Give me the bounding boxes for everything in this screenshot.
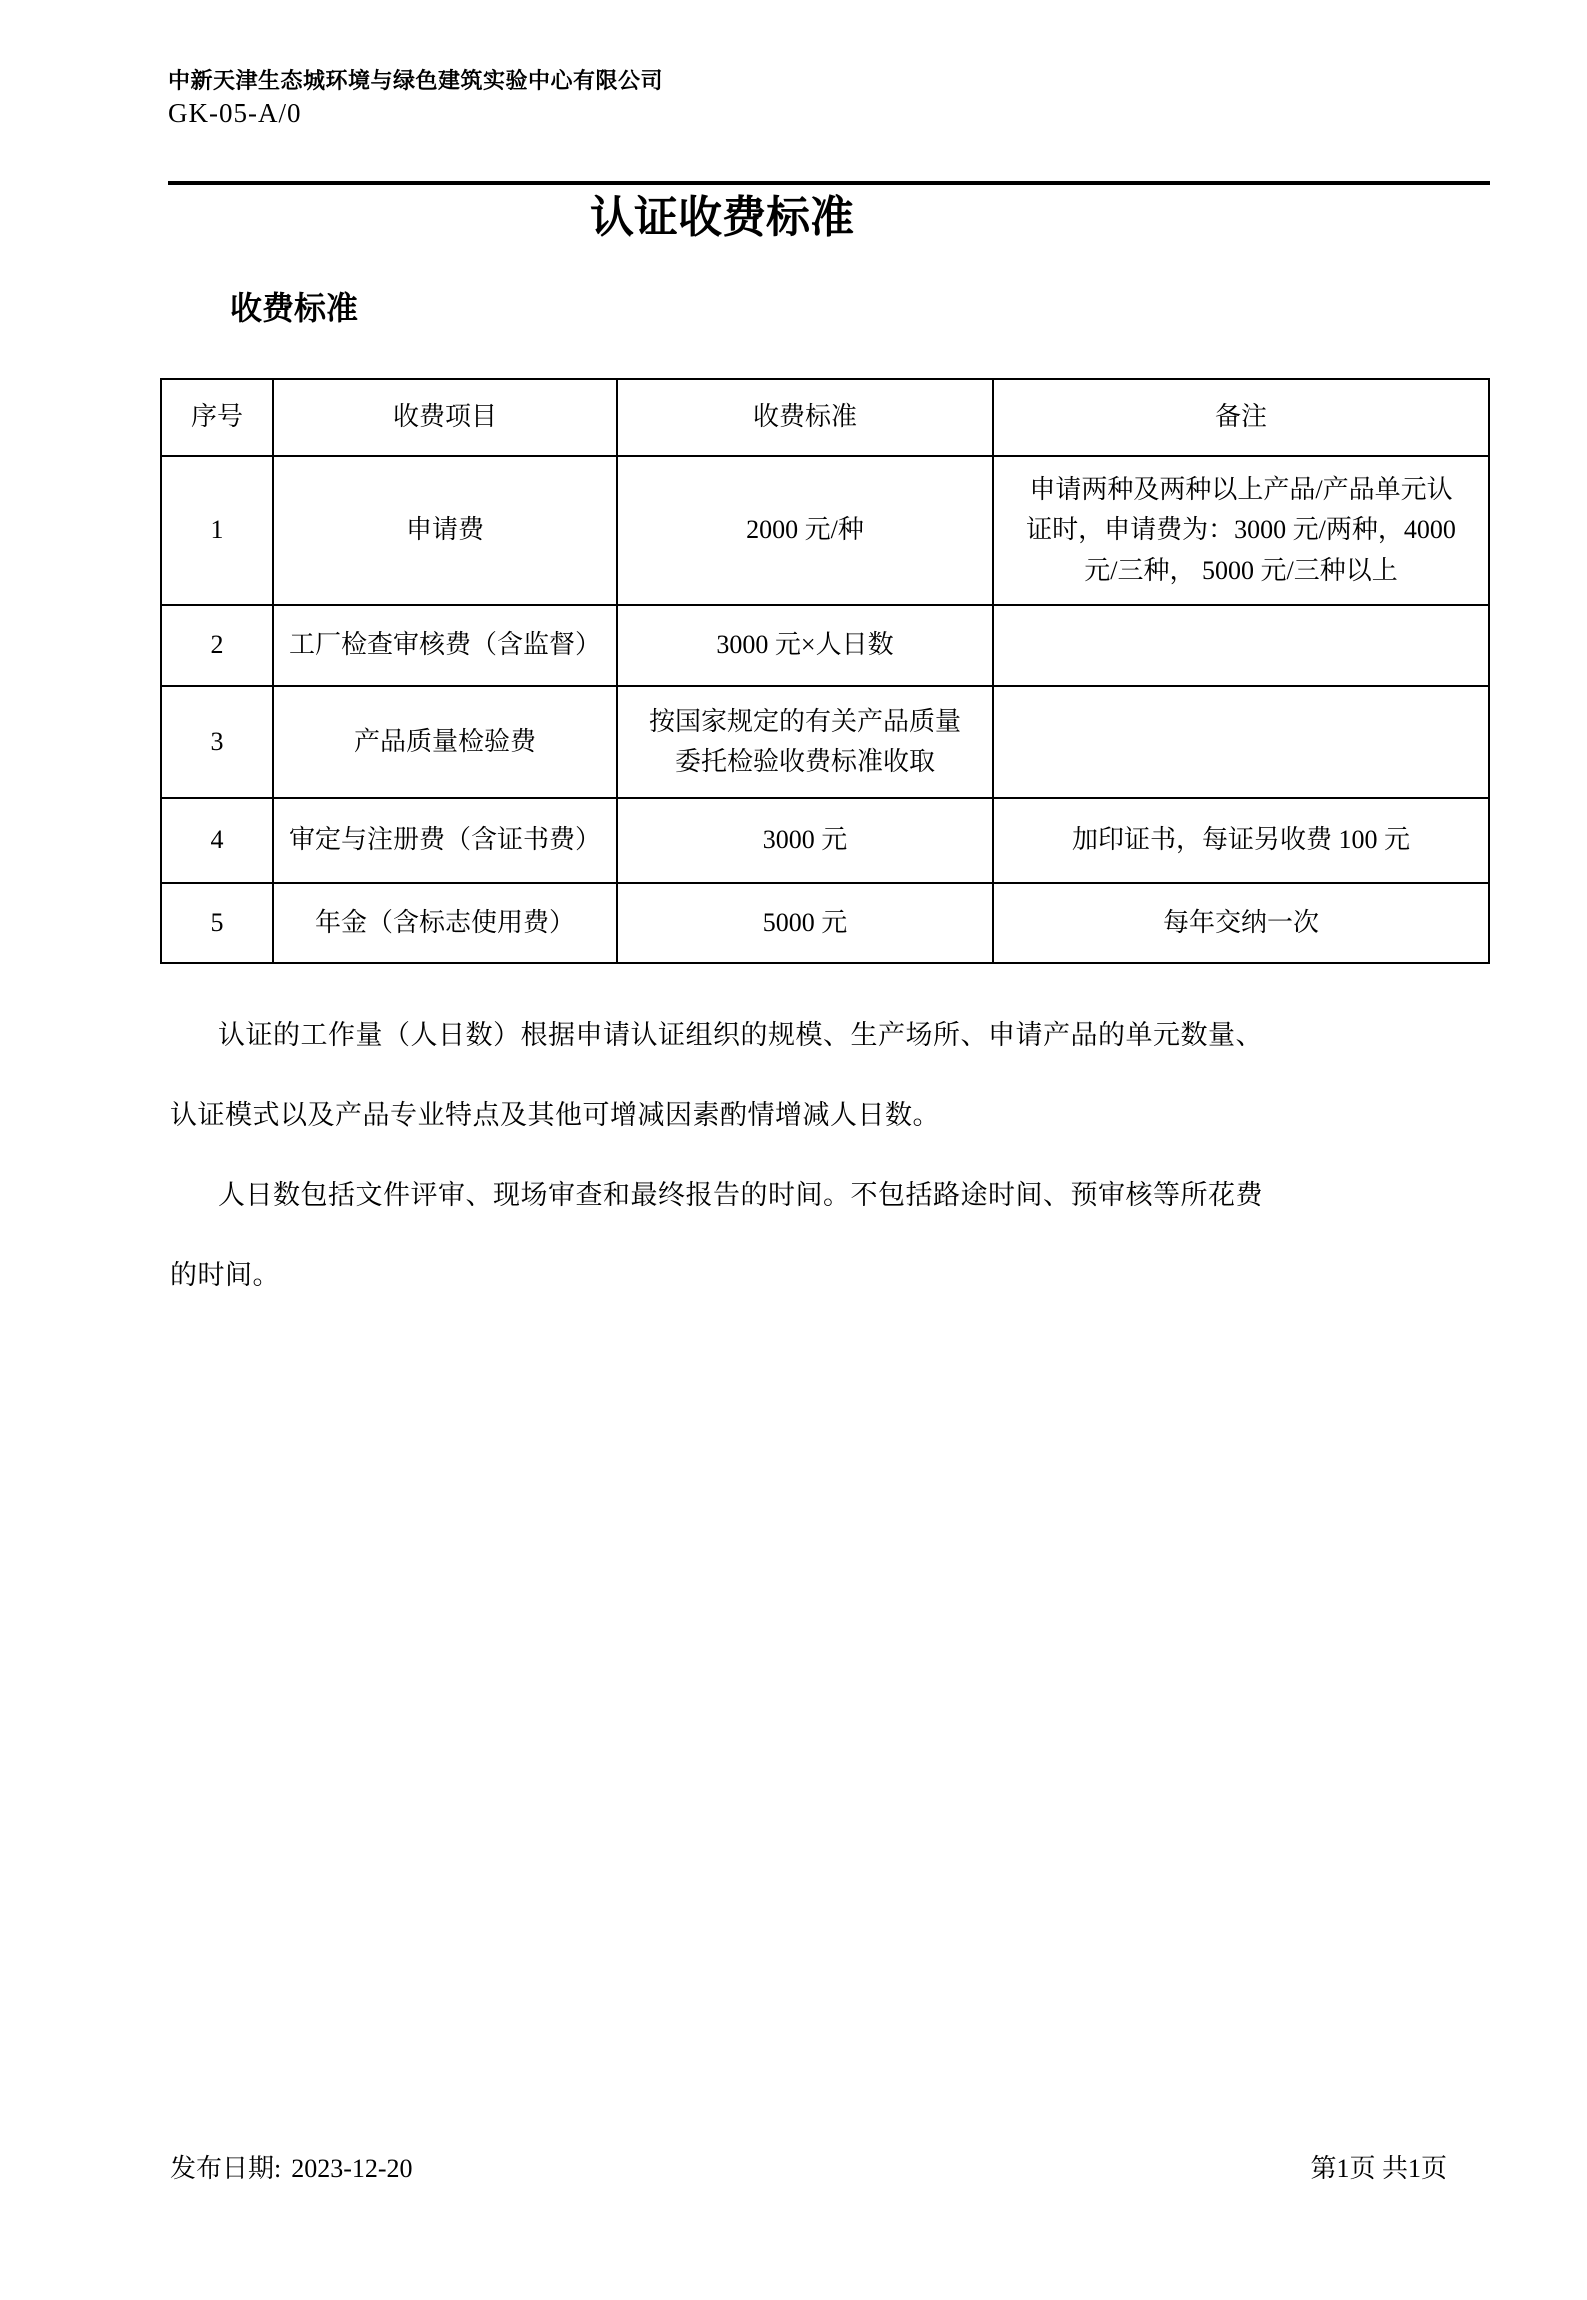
table-header-cell-item: 收费项目: [273, 379, 617, 456]
publish-date: 发布日期:2023-12-20: [170, 2152, 413, 2186]
remark-cell: 申请两种及两种以上产品/产品单元认 证时，申请费为：3000 元/两种，4000…: [993, 456, 1489, 605]
table-row: 1 申请费 2000 元/种 申请两种及两种以上产品/产品单元认 证时，申请费为…: [161, 456, 1489, 605]
serial-cell: 5: [161, 883, 273, 963]
fee-standard-table: 序号 收费项目 收费标准 备注 1 申请费 2000 元/种 申请两种及两种以上…: [160, 378, 1490, 964]
document-title: 认证收费标准: [0, 190, 1444, 246]
remark-cell: [993, 686, 1489, 798]
remark-cell: 加印证书，每证另收费 100 元: [993, 798, 1489, 883]
table-header-cell-no: 序号: [161, 379, 273, 456]
header-divider-rule: [168, 181, 1490, 185]
publish-date-label: 发布日期:: [170, 2154, 281, 2183]
page-footer: 发布日期:2023-12-20 第1页 共1页: [170, 2152, 1490, 2186]
table-row: 5 年金（含标志使用费） 5000 元 每年交纳一次: [161, 883, 1489, 963]
standard-cell: 2000 元/种: [617, 456, 993, 605]
table-row: 2 工厂检查审核费（含监督） 3000 元×人日数: [161, 605, 1489, 686]
document-page: 中新天津生态城环境与绿色建筑实验中心有限公司 GK-05-A/0 认证收费标准 …: [0, 0, 1587, 2300]
standard-cell: 3000 元: [617, 798, 993, 883]
item-cell: 申请费: [273, 456, 617, 605]
paragraph-line: 认证的工作量（人日数）根据申请认证组织的规模、生产场所、申请产品的单元数量、: [170, 995, 1500, 1075]
item-cell: 产品质量检验费: [273, 686, 617, 798]
company-name: 中新天津生态城环境与绿色建筑实验中心有限公司: [168, 66, 663, 96]
doc-code: GK-05-A/0: [168, 98, 663, 128]
serial-cell: 3: [161, 686, 273, 798]
standard-cell: 5000 元: [617, 883, 993, 963]
item-cell: 年金（含标志使用费）: [273, 883, 617, 963]
paragraph-line: 人日数包括文件评审、现场审查和最终报告的时间。不包括路途时间、预审核等所花费: [170, 1155, 1500, 1235]
table-row: 3 产品质量检验费 按国家规定的有关产品质量 委托检验收费标准收取: [161, 686, 1489, 798]
standard-cell: 按国家规定的有关产品质量 委托检验收费标准收取: [617, 686, 993, 798]
table-header-cell-standard: 收费标准: [617, 379, 993, 456]
table-header-row: 序号 收费项目 收费标准 备注: [161, 379, 1489, 456]
table-header-cell-remark: 备注: [993, 379, 1489, 456]
table-row: 4 审定与注册费（含证书费） 3000 元 加印证书，每证另收费 100 元: [161, 798, 1489, 883]
paragraph-line: 的时间。: [170, 1235, 1500, 1315]
document-header: 中新天津生态城环境与绿色建筑实验中心有限公司 GK-05-A/0: [168, 66, 663, 128]
serial-cell: 1: [161, 456, 273, 605]
body-paragraphs: 认证的工作量（人日数）根据申请认证组织的规模、生产场所、申请产品的单元数量、 认…: [170, 995, 1500, 1315]
page-number: 第1页 共1页: [1310, 2152, 1447, 2186]
publish-date-value: 2023-12-20: [291, 2154, 412, 2183]
standard-cell: 3000 元×人日数: [617, 605, 993, 686]
remark-cell: 每年交纳一次: [993, 883, 1489, 963]
paragraph-line: 认证模式以及产品专业特点及其他可增减因素酌情增减人日数。: [170, 1075, 1500, 1155]
item-cell: 工厂检查审核费（含监督）: [273, 605, 617, 686]
item-cell: 审定与注册费（含证书费）: [273, 798, 617, 883]
serial-cell: 4: [161, 798, 273, 883]
serial-cell: 2: [161, 605, 273, 686]
section-heading: 收费标准: [230, 288, 358, 328]
remark-cell: [993, 605, 1489, 686]
